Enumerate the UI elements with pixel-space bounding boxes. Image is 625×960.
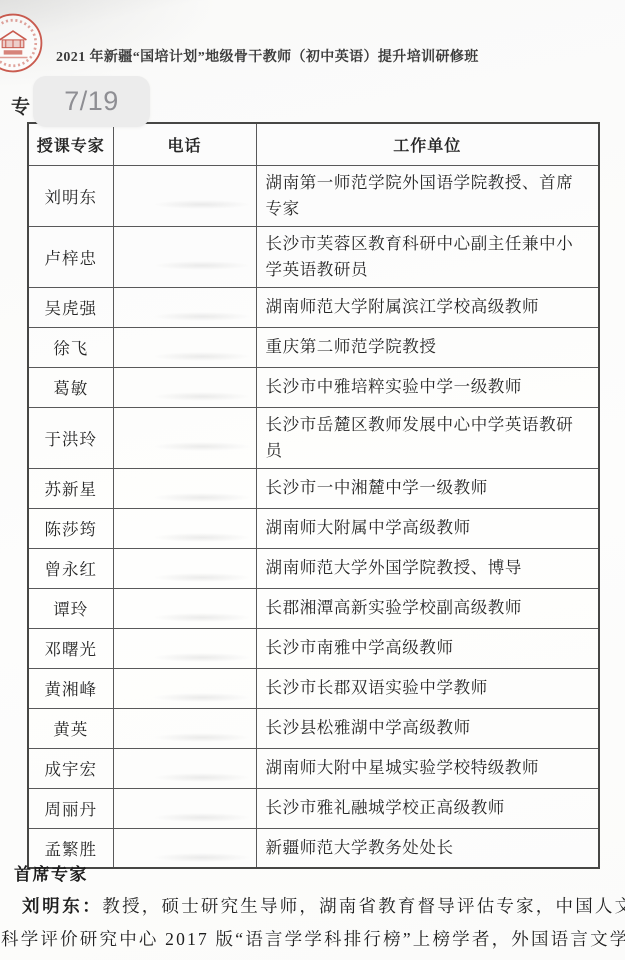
bio-line-2: 科学评价研究中心 2017 版“语言学学科排行榜”上榜学者，外国语言文学学	[1, 926, 625, 951]
expert-row: 于洪玲长沙市岳麓区教师发展中心中学英语教研员	[28, 407, 599, 468]
expert-name-cell: 周丽丹	[28, 788, 113, 828]
document-title: 2021 年新疆“国培计划”地级骨干教师（初中英语）提升培训研修班	[56, 46, 479, 66]
expert-phone-cell	[113, 668, 256, 708]
university-seal-icon	[0, 12, 44, 74]
bio-text-line-1: 教授，硕士研究生导师，湖南省教育督导评估专家，中国人文社	[102, 896, 625, 916]
expert-phone-cell	[113, 327, 256, 367]
expert-phone-cell	[113, 287, 256, 327]
expert-phone-cell	[113, 407, 256, 468]
redacted-phone-smudge	[154, 853, 250, 862]
col-header-expert: 授课专家	[28, 123, 113, 165]
expert-unit-cell: 长沙市南雅中学高级教师	[256, 628, 599, 668]
expert-unit-cell: 长沙市一中湘麓中学一级教师	[256, 468, 599, 508]
expert-row: 葛敏长沙市中雅培粹实验中学一级教师	[28, 367, 599, 407]
expert-phone-cell	[113, 367, 256, 407]
expert-row: 曾永红湖南师范大学外国学院教授、博导	[28, 548, 599, 588]
redacted-phone-smudge	[154, 392, 250, 401]
expert-unit-cell: 湖南第一师范学院外国语学院教授、首席专家	[256, 165, 599, 226]
redacted-phone-smudge	[154, 261, 250, 270]
expert-unit-cell: 新疆师范大学教务处处长	[256, 828, 599, 868]
redacted-phone-smudge	[154, 442, 250, 451]
expert-name-cell: 葛敏	[28, 367, 113, 407]
chief-expert-heading: 首席专家	[14, 860, 88, 885]
redacted-phone-smudge	[154, 693, 250, 702]
experts-table-body: 刘明东湖南第一师范学院外国语学院教授、首席专家卢梓忠长沙市芙蓉区教育科研中心副主…	[28, 165, 599, 868]
redacted-phone-smudge	[154, 813, 250, 822]
expert-phone-cell	[113, 788, 256, 828]
page-indicator-label: 7/19	[64, 86, 119, 117]
expert-phone-cell	[113, 165, 256, 226]
expert-name-cell: 曾永红	[28, 548, 113, 588]
redacted-phone-smudge	[154, 533, 250, 542]
expert-name-cell: 黄湘峰	[28, 668, 113, 708]
expert-name-cell: 陈莎筠	[28, 508, 113, 548]
redacted-phone-smudge	[154, 653, 250, 662]
document-page: 2021 年新疆“国培计划”地级骨干教师（初中英语）提升培训研修班 专 7/19…	[0, 0, 625, 960]
expert-phone-cell	[113, 508, 256, 548]
expert-phone-cell	[113, 748, 256, 788]
expert-name-cell: 于洪玲	[28, 407, 113, 468]
redacted-phone-smudge	[154, 312, 250, 321]
expert-phone-cell	[113, 828, 256, 868]
expert-unit-cell: 湖南师大附属中学高级教师	[256, 508, 599, 548]
experts-table: 授课专家 电话 工作单位 刘明东湖南第一师范学院外国语学院教授、首席专家卢梓忠长…	[27, 122, 600, 869]
expert-unit-cell: 长郡湘潭高新实验学校副高级教师	[256, 588, 599, 628]
expert-unit-cell: 湖南师范大学外国学院教授、博导	[256, 548, 599, 588]
expert-row: 周丽丹长沙市雅礼融城学校正高级教师	[28, 788, 599, 828]
expert-row: 吴虎强湖南师范大学附属滨江学校高级教师	[28, 287, 599, 327]
expert-row: 徐飞重庆第二师范学院教授	[28, 327, 599, 367]
expert-phone-cell	[113, 588, 256, 628]
page-indicator-badge: 7/19	[33, 76, 150, 127]
expert-name-cell: 黄英	[28, 708, 113, 748]
expert-unit-cell: 长沙市岳麓区教师发展中心中学英语教研员	[256, 407, 599, 468]
redacted-phone-smudge	[154, 733, 250, 742]
expert-name-cell: 刘明东	[28, 165, 113, 226]
expert-name-cell: 邓曙光	[28, 628, 113, 668]
expert-unit-cell: 长沙市雅礼融城学校正高级教师	[256, 788, 599, 828]
expert-unit-cell: 长沙市长郡双语实验中学教师	[256, 668, 599, 708]
expert-row: 刘明东湖南第一师范学院外国语学院教授、首席专家	[28, 165, 599, 226]
expert-name-cell: 徐飞	[28, 327, 113, 367]
bio-expert-name: 刘明东：	[22, 896, 102, 916]
expert-unit-cell: 长沙市中雅培粹实验中学一级教师	[256, 367, 599, 407]
bio-line-1: 刘明东：教授，硕士研究生导师，湖南省教育督导评估专家，中国人文社	[22, 893, 625, 918]
expert-phone-cell	[113, 628, 256, 668]
expert-unit-cell: 湖南师范大学附属滨江学校高级教师	[256, 287, 599, 327]
redacted-phone-smudge	[154, 352, 250, 361]
expert-phone-cell	[113, 226, 256, 287]
redacted-phone-smudge	[154, 573, 250, 582]
expert-row: 黄英长沙县松雅湖中学高级教师	[28, 708, 599, 748]
expert-name-cell: 吴虎强	[28, 287, 113, 327]
expert-unit-cell: 重庆第二师范学院教授	[256, 327, 599, 367]
redacted-phone-smudge	[154, 200, 250, 209]
expert-phone-cell	[113, 708, 256, 748]
expert-row: 黄湘峰长沙市长郡双语实验中学教师	[28, 668, 599, 708]
expert-name-cell: 成宇宏	[28, 748, 113, 788]
redacted-phone-smudge	[154, 493, 250, 502]
expert-row: 陈莎筠湖南师大附属中学高级教师	[28, 508, 599, 548]
expert-row: 邓曙光长沙市南雅中学高级教师	[28, 628, 599, 668]
expert-unit-cell: 长沙市芙蓉区教育科研中心副主任兼中小学英语教研员	[256, 226, 599, 287]
expert-row: 谭玲长郡湘潭高新实验学校副高级教师	[28, 588, 599, 628]
table-header-row: 授课专家 电话 工作单位	[28, 123, 599, 165]
expert-row: 卢梓忠长沙市芙蓉区教育科研中心副主任兼中小学英语教研员	[28, 226, 599, 287]
expert-name-cell: 谭玲	[28, 588, 113, 628]
redacted-phone-smudge	[154, 613, 250, 622]
redacted-phone-smudge	[154, 773, 250, 782]
expert-row: 孟繁胜新疆师范大学教务处处长	[28, 828, 599, 868]
expert-unit-cell: 长沙县松雅湖中学高级教师	[256, 708, 599, 748]
col-header-phone: 电话	[113, 123, 256, 165]
partial-section-heading: 专	[11, 92, 30, 119]
expert-row: 苏新星长沙市一中湘麓中学一级教师	[28, 468, 599, 508]
expert-phone-cell	[113, 548, 256, 588]
expert-name-cell: 卢梓忠	[28, 226, 113, 287]
expert-name-cell: 苏新星	[28, 468, 113, 508]
expert-row: 成宇宏湖南师大附中星城实验学校特级教师	[28, 748, 599, 788]
col-header-unit: 工作单位	[256, 123, 599, 165]
expert-phone-cell	[113, 468, 256, 508]
expert-unit-cell: 湖南师大附中星城实验学校特级教师	[256, 748, 599, 788]
